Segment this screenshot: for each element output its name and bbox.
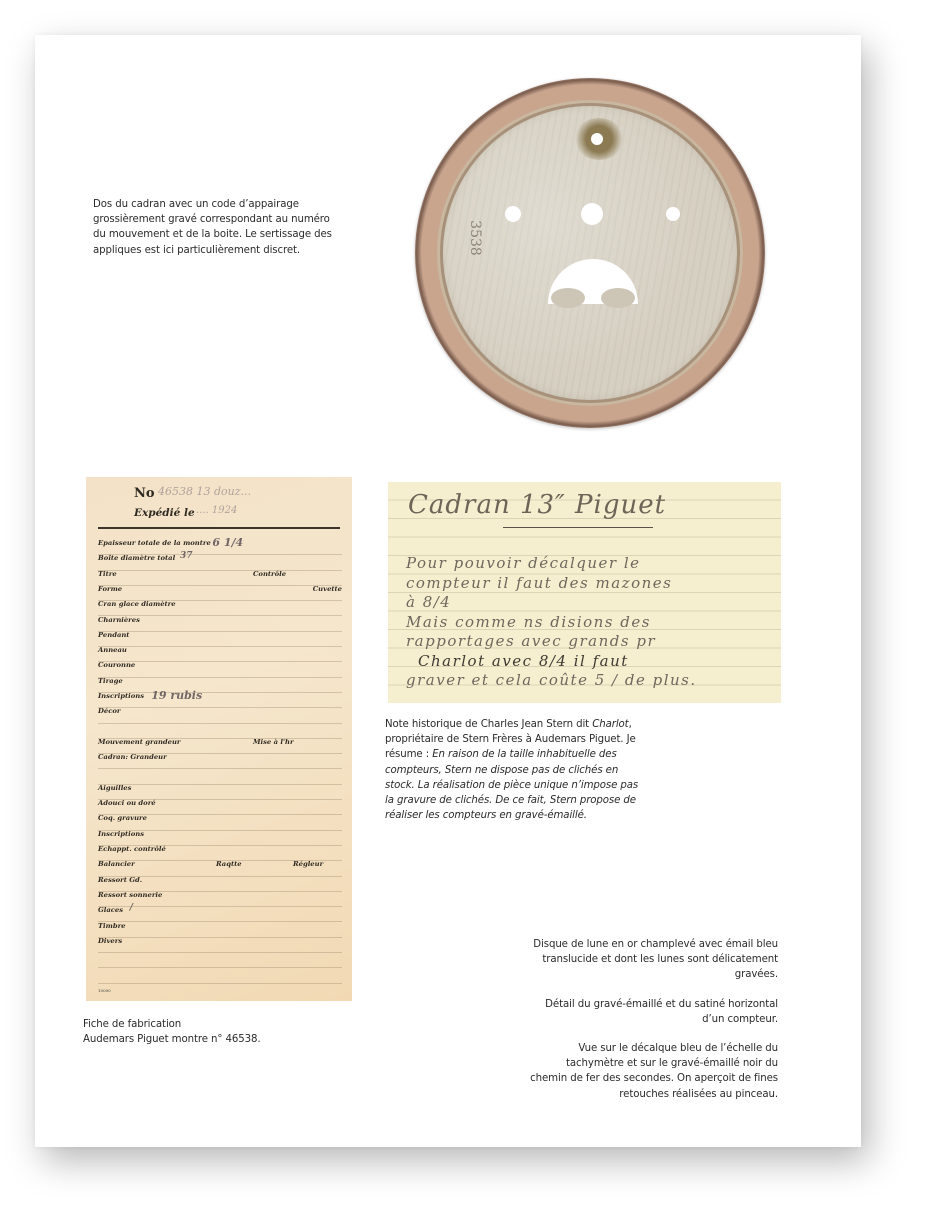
dial-hole-left: [505, 206, 521, 222]
fiche-row: Couronne: [98, 661, 342, 677]
fiche-row: Inscriptions19 rubis: [98, 692, 342, 708]
fiche-row-label: Anneau: [98, 646, 127, 654]
fiche-row-mid-label: Raqtte: [216, 860, 242, 868]
fiche-row-label: Pendant: [98, 631, 129, 639]
note-line: graver et cela coûte 5 / de plus.: [406, 671, 697, 689]
note-line: compteur il faut des mazones: [406, 574, 672, 592]
note-line: rapportages avec grands pr: [406, 632, 656, 650]
note-line: à 8/4: [406, 593, 451, 611]
fiche-row: TitreContrôle: [98, 570, 342, 586]
fiche-expedie-label: Expédié le: [134, 507, 195, 519]
fiche-row-label: Forme: [98, 585, 122, 593]
fiche-row-label: Adouci ou doré: [98, 799, 156, 807]
fiche-row-label: Couronne: [98, 661, 135, 669]
fiche-row-label: Balancier: [98, 860, 135, 868]
fiche-row: Charnières: [98, 616, 342, 632]
fiche-row-label: Ressort Gd.: [98, 876, 142, 884]
fiche-row-label: Mouvement grandeur: [98, 738, 181, 746]
fiche-row-label: Inscriptions: [98, 830, 144, 838]
engraved-code: 3538: [467, 220, 483, 256]
fiche-row-label: Tirage: [98, 677, 123, 685]
fiche-row-right-label: Régleur: [293, 860, 323, 868]
caption-moon-disc: Disque de lune en or champlevé avec émai…: [528, 937, 778, 983]
note-line: Pour pouvoir décalquer le: [406, 554, 641, 572]
fiche-row: [98, 723, 342, 739]
fiche-row: Glaces/: [98, 906, 342, 922]
dial-back-photo: 3538: [415, 78, 765, 428]
caption-counter-detail: Détail du gravé-émaillé et du satiné hor…: [528, 997, 778, 1027]
fiche-row: Adouci ou doré: [98, 799, 342, 815]
handwritten-number: 46538 13 douz...: [158, 485, 251, 498]
fiche-row-label: Coq. gravure: [98, 814, 147, 822]
fiche-number-label: No: [134, 486, 155, 501]
fiche-row-label: Aiguilles: [98, 784, 131, 792]
dial-hole-center: [581, 203, 603, 225]
fiche-row-label: Ressort sonnerie: [98, 891, 162, 899]
caption-fiche: Fiche de fabrication Audemars Piguet mon…: [83, 1017, 323, 1047]
caption-tachymeter: Vue sur le décalque bleu de l’échelle du…: [528, 1041, 778, 1102]
dial-hole-top: [591, 133, 603, 145]
dial-hole-right: [666, 207, 680, 221]
fiche-row-handwritten: 6 1/4: [212, 536, 243, 549]
handwritten-date: .... 1924: [196, 505, 237, 516]
fiche-row-label: Boîte diamètre total: [98, 554, 175, 562]
fiche-row-label: Cran glace diamètre: [98, 600, 176, 608]
fiche-row: Pendant: [98, 631, 342, 647]
fiche-row-label: Charnières: [98, 616, 140, 624]
caption-note-text-1: Note historique de Charles Jean Stern di…: [385, 719, 592, 730]
caption-fiche-line2: Audemars Piguet montre n° 46538.: [83, 1032, 323, 1047]
fiche-row: BalancierRaqtteRégleur: [98, 860, 342, 876]
fiche-de-fabrication-card: No 46538 13 douz... Expédié le .... 1924…: [86, 477, 352, 1001]
fiche-row: Epaisseur totale de la montre6 1/4: [98, 539, 342, 555]
fiche-row-label: Epaisseur totale de la montre: [98, 539, 211, 547]
fiche-row: FormeCuvette: [98, 585, 342, 601]
moon-hump-left: [551, 288, 585, 308]
fiche-row-label: Cadran: Grandeur: [98, 753, 167, 761]
fiche-row: Boîte diamètre total37: [98, 554, 342, 570]
fiche-row: Mouvement grandeurMise à l'hr: [98, 738, 342, 754]
note-line: Mais comme ns disions des: [406, 613, 651, 631]
fiche-row-handwritten: /: [130, 903, 133, 913]
note-title: Cadran 13″ Piguet: [408, 490, 666, 520]
print-code: 10000: [98, 988, 111, 993]
caption-note: Note historique de Charles Jean Stern di…: [385, 717, 647, 823]
caption-dial-back: Dos du cadran avec un code d’appairage g…: [93, 197, 333, 258]
fiche-row: Timbre: [98, 922, 342, 938]
fiche-row-right-label: Mise à l'hr: [253, 738, 294, 746]
header-rule: [98, 527, 340, 529]
dial-plate: 3538: [437, 100, 743, 406]
caption-note-charlot: Charlot: [592, 719, 628, 730]
fiche-row: Echappt. contrôlé: [98, 845, 342, 861]
fiche-row: Tirage: [98, 677, 342, 693]
fiche-row: Anneau: [98, 646, 342, 662]
fiche-row-label: Divers: [98, 937, 122, 945]
fiche-row-label: Inscriptions: [98, 692, 144, 700]
handwritten-note-card: Cadran 13″ Piguet Pour pouvoir décalquer…: [388, 482, 781, 703]
fiche-row-label: Echappt. contrôlé: [98, 845, 166, 853]
note-line: Charlot avec 8/4 il faut: [418, 652, 629, 670]
fiche-row: Cadran: Grandeur: [98, 753, 342, 769]
caption-fiche-line1: Fiche de fabrication: [83, 1017, 323, 1032]
fiche-row: Aiguilles: [98, 784, 342, 800]
fiche-row: Coq. gravure: [98, 814, 342, 830]
fiche-row-label: Titre: [98, 570, 117, 578]
fiche-row-right-label: Contrôle: [253, 570, 286, 578]
fiche-row: [98, 952, 342, 968]
fiche-row-label: Glaces: [98, 906, 123, 914]
fiche-row-far-right-label: Cuvette: [313, 585, 342, 593]
moon-hump-right: [601, 288, 635, 308]
fiche-row-handwritten: 19 rubis: [151, 689, 202, 702]
book-page: Dos du cadran avec un code d’appairage g…: [35, 35, 861, 1147]
fiche-row: Cran glace diamètre: [98, 600, 342, 616]
captions-right: Disque de lune en or champlevé avec émai…: [528, 937, 778, 1116]
fiche-row-label: Décor: [98, 707, 120, 715]
fiche-row: Inscriptions: [98, 830, 342, 846]
fiche-row-handwritten: 37: [180, 551, 193, 561]
note-title-underline: [503, 527, 653, 528]
fiche-row: Ressort sonnerie: [98, 891, 342, 907]
fiche-row: Décor: [98, 707, 342, 723]
fiche-row: [98, 967, 342, 983]
fiche-row-label: Timbre: [98, 922, 126, 930]
fiche-row: Ressort Gd.: [98, 876, 342, 892]
fiche-row: [98, 769, 342, 785]
fiche-row: Divers: [98, 937, 342, 953]
